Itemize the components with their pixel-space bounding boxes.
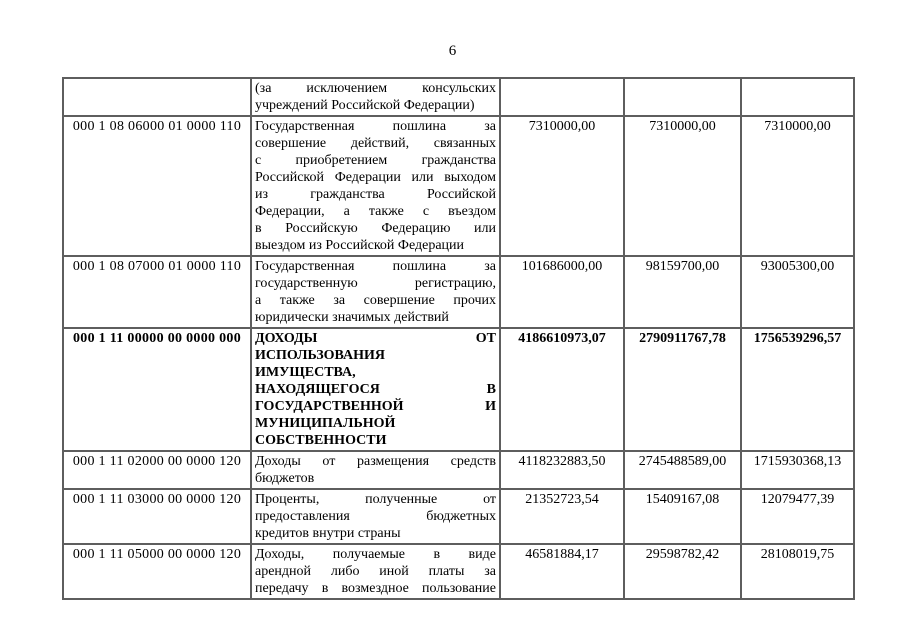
description-line: кредитов внутри страны (255, 525, 496, 542)
description-line: Государственная пошлина за (255, 258, 496, 275)
amount-cell: 46581884,17 (500, 544, 624, 599)
budget-code-cell: 000 1 08 07000 01 0000 110 (63, 256, 251, 328)
table-row: 000 1 11 00000 00 0000 000ДОХОДЫ ОТИСПОЛ… (63, 328, 854, 451)
amount-cell: 4186610973,07 (500, 328, 624, 451)
description-line: юридически значимых действий (255, 309, 496, 326)
description-line: с приобретением гражданства (255, 152, 496, 169)
budget-table: (за исключением консульскихучреждений Ро… (62, 77, 855, 600)
description-line: государственную регистрацию, (255, 275, 496, 292)
amount-cell: 2745488589,00 (624, 451, 741, 489)
amount-cell (741, 78, 854, 116)
description-line: ИМУЩЕСТВА, (255, 364, 496, 381)
description-cell: Государственная пошлина загосударственну… (251, 256, 500, 328)
amount-cell: 101686000,00 (500, 256, 624, 328)
amount-cell: 28108019,75 (741, 544, 854, 599)
description-line: Доходы от размещения средств (255, 453, 496, 470)
description-line: арендной либо иной платы за (255, 563, 496, 580)
description-cell: Доходы от размещения средствбюджетов (251, 451, 500, 489)
description-line: (за исключением консульских (255, 80, 496, 97)
description-cell: Государственная пошлина засовершение дей… (251, 116, 500, 256)
amount-cell (624, 78, 741, 116)
amount-cell: 98159700,00 (624, 256, 741, 328)
description-line: учреждений Российской Федерации) (255, 97, 496, 114)
description-line: Проценты, полученные от (255, 491, 496, 508)
description-line: из гражданства Российской (255, 186, 496, 203)
description-line: ДОХОДЫ ОТ (255, 330, 496, 347)
description-line: совершение действий, связанных (255, 135, 496, 152)
budget-code-cell: 000 1 11 05000 00 0000 120 (63, 544, 251, 599)
description-line: ИСПОЛЬЗОВАНИЯ (255, 347, 496, 364)
description-line: ГОСУДАРСТВЕННОЙ И (255, 398, 496, 415)
description-cell: ДОХОДЫ ОТИСПОЛЬЗОВАНИЯИМУЩЕСТВА,НАХОДЯЩЕ… (251, 328, 500, 451)
document-page: 6 (за исключением консульскихучреждений … (0, 0, 905, 640)
amount-cell (500, 78, 624, 116)
amount-cell: 7310000,00 (741, 116, 854, 256)
amount-cell: 1756539296,57 (741, 328, 854, 451)
amount-cell: 21352723,54 (500, 489, 624, 544)
table-row: (за исключением консульскихучреждений Ро… (63, 78, 854, 116)
description-cell: Проценты, полученные отпредоставления бю… (251, 489, 500, 544)
table-row: 000 1 11 03000 00 0000 120Проценты, полу… (63, 489, 854, 544)
amount-cell: 4118232883,50 (500, 451, 624, 489)
table-row: 000 1 08 06000 01 0000 110Государственна… (63, 116, 854, 256)
description-line: СОБСТВЕННОСТИ (255, 432, 496, 449)
budget-code-cell: 000 1 11 03000 00 0000 120 (63, 489, 251, 544)
amount-cell: 1715930368,13 (741, 451, 854, 489)
amount-cell: 7310000,00 (624, 116, 741, 256)
description-line: НАХОДЯЩЕГОСЯ В (255, 381, 496, 398)
description-cell: Доходы, получаемые в видеарендной либо и… (251, 544, 500, 599)
amount-cell: 15409167,08 (624, 489, 741, 544)
budget-code-cell: 000 1 11 02000 00 0000 120 (63, 451, 251, 489)
description-line: в Российскую Федерацию или (255, 220, 496, 237)
description-line: бюджетов (255, 470, 496, 487)
description-line: Федерации, а также с въездом (255, 203, 496, 220)
amount-cell: 93005300,00 (741, 256, 854, 328)
budget-code-cell: 000 1 08 06000 01 0000 110 (63, 116, 251, 256)
description-line: а также за совершение прочих (255, 292, 496, 309)
budget-code-cell: 000 1 11 00000 00 0000 000 (63, 328, 251, 451)
description-line: Доходы, получаемые в виде (255, 546, 496, 563)
table-row: 000 1 08 07000 01 0000 110Государственна… (63, 256, 854, 328)
table-row: 000 1 11 02000 00 0000 120Доходы от разм… (63, 451, 854, 489)
amount-cell: 2790911767,78 (624, 328, 741, 451)
budget-table-body: (за исключением консульскихучреждений Ро… (63, 78, 854, 599)
description-line: выездом из Российской Федерации (255, 237, 496, 254)
description-line: Российской Федерации или выходом (255, 169, 496, 186)
amount-cell: 7310000,00 (500, 116, 624, 256)
budget-code-cell (63, 78, 251, 116)
description-cell: (за исключением консульскихучреждений Ро… (251, 78, 500, 116)
description-line: передачу в возмездное пользование (255, 580, 496, 597)
page-number: 6 (0, 43, 905, 59)
description-line: предоставления бюджетных (255, 508, 496, 525)
amount-cell: 29598782,42 (624, 544, 741, 599)
description-line: МУНИЦИПАЛЬНОЙ (255, 415, 496, 432)
description-line: Государственная пошлина за (255, 118, 496, 135)
amount-cell: 12079477,39 (741, 489, 854, 544)
table-row: 000 1 11 05000 00 0000 120Доходы, получа… (63, 544, 854, 599)
